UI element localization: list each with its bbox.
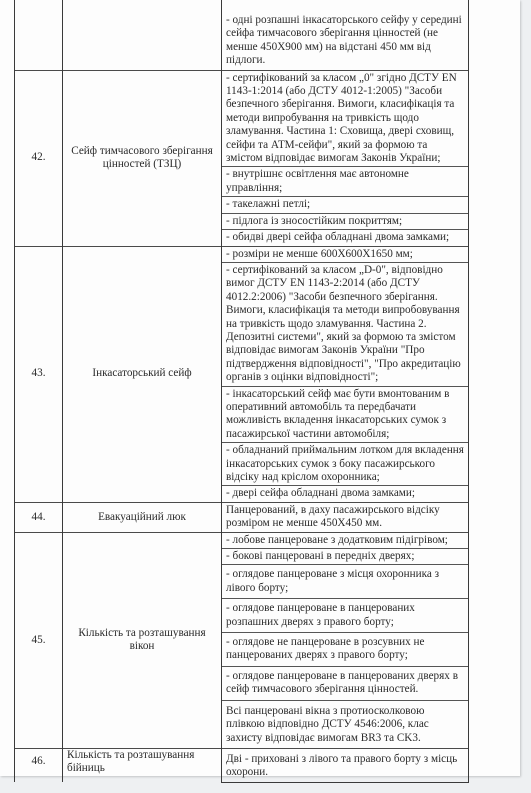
requirement-item: - такелажні петлі; bbox=[222, 197, 468, 213]
requirements-cell: - сертифікований за класом „0" згідно ДС… bbox=[222, 70, 469, 246]
requirements-table: - одні розпашні інкасаторського сейфу у … bbox=[14, 0, 469, 783]
document-page: - одні розпашні інкасаторського сейфу у … bbox=[0, 0, 520, 776]
table-row: 42. Сейф тимчасового зберігання цінносте… bbox=[15, 70, 469, 246]
requirement-item: Панцерований, в даху пасажирського відсі… bbox=[222, 503, 468, 532]
item-name: Кількість та розташування вікон bbox=[63, 532, 222, 748]
row-number: 44. bbox=[15, 502, 63, 532]
requirement-item: Всі панцеровані вікна з протиосколковою … bbox=[222, 701, 468, 748]
requirements-cell: - лобове панцероване з додатковим підігр… bbox=[222, 532, 469, 748]
requirement-item: - оглядове панцероване з місця охоронник… bbox=[222, 565, 468, 599]
item-name: Сейф тимчасового зберігання цінностей (Т… bbox=[63, 70, 222, 246]
requirement-item: - обидві двері сейфа обладнані двома зам… bbox=[222, 230, 468, 245]
requirement-item: - обладнаний приймальним лотком для вкла… bbox=[222, 443, 468, 486]
requirement-item: - внутрішнє освітлення має автономне упр… bbox=[222, 167, 468, 197]
requirement-item: - інкасаторський сейф має бути вмонтован… bbox=[222, 387, 468, 444]
requirements-cell: Панцерований, в даху пасажирського відсі… bbox=[222, 502, 469, 532]
table-row: 44. Евакуаційний люк Панцерований, в дах… bbox=[15, 502, 469, 532]
row-number: 46. bbox=[15, 748, 63, 782]
requirements-cell: - одні розпашні інкасаторського сейфу у … bbox=[222, 0, 469, 70]
requirement-item: Дві - приховані з лівого та правого борт… bbox=[222, 749, 468, 782]
row-number: 45. bbox=[15, 532, 63, 748]
table-row: - одні розпашні інкасаторського сейфу у … bbox=[15, 0, 469, 70]
item-name: Кількість та розташування бійниць bbox=[63, 748, 222, 782]
table-row: 43. Інкасаторський сейф - розміри не мен… bbox=[15, 246, 469, 502]
row-number bbox=[15, 0, 63, 70]
requirements-cell: - розміри не менше 600Х600Х1650 мм; - се… bbox=[222, 246, 469, 502]
requirement-item: - бокові панцеровані в передніх дверях; bbox=[222, 549, 468, 565]
requirement-item: - одні розпашні інкасаторського сейфу у … bbox=[222, 0, 468, 70]
requirement-item: - лобове панцероване з додатковим підігр… bbox=[222, 533, 468, 549]
requirement-item: - підлога із зносостійким покриттям; bbox=[222, 214, 468, 230]
row-number: 43. bbox=[15, 246, 63, 502]
requirement-item: - сертифікований за класом „0" згідно ДС… bbox=[222, 71, 468, 168]
item-name bbox=[63, 0, 222, 70]
requirement-item: - розміри не менше 600Х600Х1650 мм; bbox=[222, 247, 468, 263]
table-row: 45. Кількість та розташування вікон - ло… bbox=[15, 532, 469, 748]
table-row: 46. Кількість та розташування бійниць Дв… bbox=[15, 748, 469, 782]
item-name: Евакуаційний люк bbox=[63, 502, 222, 532]
row-number: 42. bbox=[15, 70, 63, 246]
requirement-item: - сертифікований за класом „D-0", відпов… bbox=[222, 263, 468, 387]
item-name: Інкасаторський сейф bbox=[63, 246, 222, 502]
requirement-item: - оглядове панцероване в панцерованих ро… bbox=[222, 599, 468, 633]
requirement-item: - оглядове панцероване в панцерованих дв… bbox=[222, 667, 468, 701]
requirement-item: - оглядове не панцероване в розсувних не… bbox=[222, 633, 468, 667]
requirements-cell: Дві - приховані з лівого та правого борт… bbox=[222, 748, 469, 782]
requirement-item: - двері сейфа обладнані двома замками; bbox=[222, 486, 468, 501]
